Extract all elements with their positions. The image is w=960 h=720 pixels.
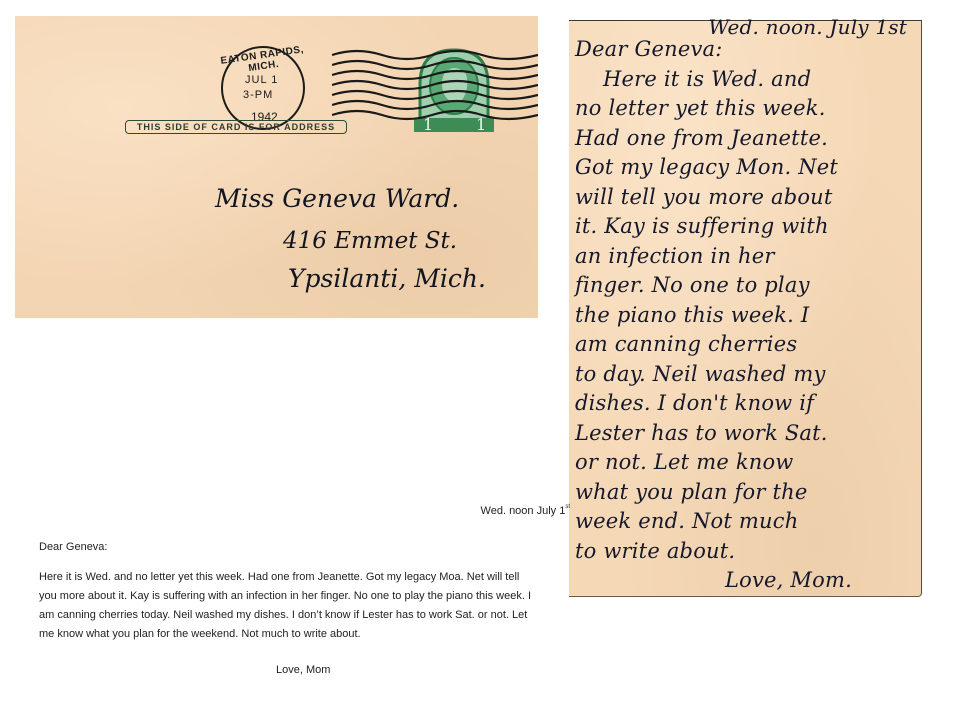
addressee-street: 416 Emmet St.	[283, 228, 457, 254]
transcription-line: me know what you plan for the weekend. N…	[39, 625, 574, 644]
handwritten-line: Dear Geneva:	[575, 37, 917, 61]
transcription-line: you more about it. Kay is suffering with…	[39, 587, 574, 606]
handwritten-line: finger. No one to play	[575, 273, 917, 297]
handwritten-line: Here it is Wed. and	[603, 67, 917, 91]
addressee-name: Miss Geneva Ward.	[215, 184, 459, 213]
handwritten-line: am canning cherries	[575, 332, 917, 356]
handwritten-line: it. Kay is suffering with	[575, 214, 917, 238]
handwritten-line: will tell you more about	[575, 185, 917, 209]
handwritten-line: to write about.	[575, 539, 917, 563]
handwritten-line: to day. Neil washed my	[575, 362, 917, 386]
postcard-front-image: EATON RAPIDS, MICH. JUL 1 3-PM 1942 1 1 …	[15, 16, 538, 318]
transcription-body: Here it is Wed. and no letter yet this w…	[39, 568, 574, 644]
postmark-time: 3-PM	[243, 89, 273, 101]
handwritten-line: Lester has to work Sat.	[575, 421, 917, 445]
handwritten-line: what you plan for the	[575, 480, 917, 504]
handwritten-line: an infection in her	[575, 244, 917, 268]
handwritten-line: week end. Not much	[575, 509, 917, 533]
transcription-date-text: Wed. noon July 1	[481, 505, 566, 517]
handwritten-line: Love, Mom.	[725, 568, 917, 592]
transcription-line: Here it is Wed. and no letter yet this w…	[39, 568, 574, 587]
postmark: EATON RAPIDS, MICH. JUL 1 3-PM 1942	[221, 46, 305, 130]
transcription-line: am canning cherries today. Neil washed m…	[39, 606, 574, 625]
handwritten-line: the piano this week. I	[575, 303, 917, 327]
postmark-date: JUL 1	[245, 74, 278, 86]
transcription-date-suffix: st	[565, 504, 570, 510]
handwritten-line: or not. Let me know	[575, 450, 917, 474]
handwritten-date: Wed. noon. July 1st	[708, 15, 907, 39]
postcard-back-image: Wed. noon. July 1st Dear Geneva:Here it …	[569, 20, 922, 597]
addressee-city: Ypsilanti, Mich.	[288, 264, 486, 293]
address-instruction-label: THIS SIDE OF CARD IS FOR ADDRESS	[125, 120, 347, 134]
transcription-date: Wed. noon July 1st	[440, 505, 570, 517]
transcription-closing: Love, Mom	[276, 664, 330, 676]
handwritten-line: Got my legacy Mon. Net	[575, 155, 917, 179]
handwritten-line: no letter yet this week.	[575, 96, 917, 120]
cancellation-lines	[332, 45, 538, 125]
handwritten-line: dishes. I don't know if	[575, 391, 917, 415]
transcription-greeting: Dear Geneva:	[39, 541, 107, 553]
handwritten-line: Had one from Jeanette.	[575, 126, 917, 150]
